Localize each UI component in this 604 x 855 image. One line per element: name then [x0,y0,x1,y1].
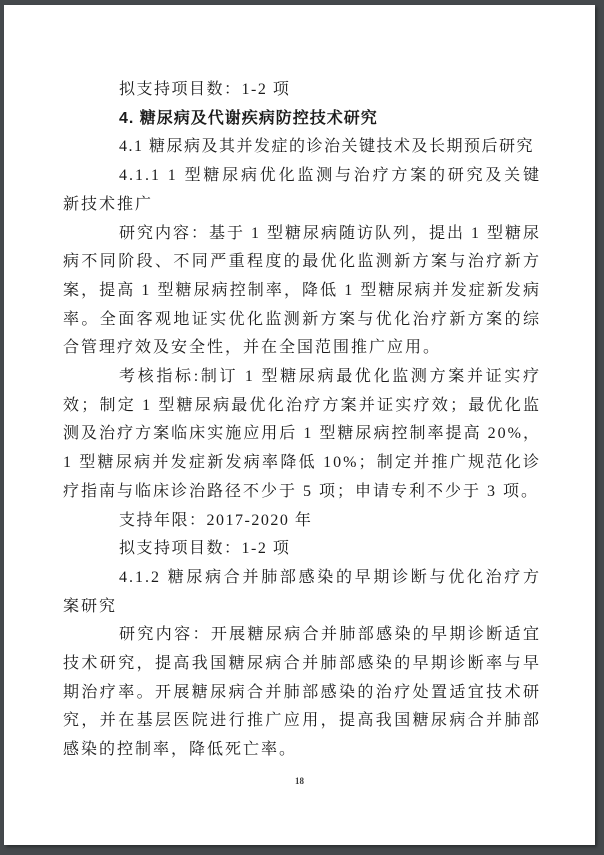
section-heading-4-1-2: 4.1.2 糖尿病合并肺部感染的早期诊断与优化治疗方案研究 [63,564,541,621]
paragraph-research-content-1: 研究内容：基于 1 型糖尿病随访队列，提出 1 型糖尿病不同阶段、不同严重程度的… [63,220,541,364]
pdf-viewer-background: 拟支持项目数：1-2 项 4. 糖尿病及代谢疾病防控技术研究 4.1 糖尿病及其… [0,0,604,855]
document-body: 拟支持项目数：1-2 项 4. 糖尿病及代谢疾病防控技术研究 4.1 糖尿病及其… [63,76,541,765]
line-support-years: 支持年限：2017-2020 年 [63,507,541,536]
line-planned-project-count-2: 拟支持项目数：1-2 项 [63,535,541,564]
paragraph-assessment-metrics: 考核指标:制订 1 型糖尿病最优化监测方案并证实疗效；制定 1 型糖尿病最优化治… [63,363,541,507]
section-heading-4-1: 4.1 糖尿病及其并发症的诊治关键技术及长期预后研究 [63,133,541,162]
page-number: 18 [4,776,595,786]
paragraph-research-content-2: 研究内容：开展糖尿病合并肺部感染的早期诊断适宜技术研究，提高我国糖尿病合并肺部感… [63,621,541,765]
section-heading-4-1-1: 4.1.1 1 型糖尿病优化监测与治疗方案的研究及关键新技术推广 [63,162,541,219]
line-planned-project-count-1: 拟支持项目数：1-2 项 [63,76,541,105]
document-page: 拟支持项目数：1-2 项 4. 糖尿病及代谢疾病防控技术研究 4.1 糖尿病及其… [4,5,595,845]
section-heading-4: 4. 糖尿病及代谢疾病防控技术研究 [63,105,541,134]
